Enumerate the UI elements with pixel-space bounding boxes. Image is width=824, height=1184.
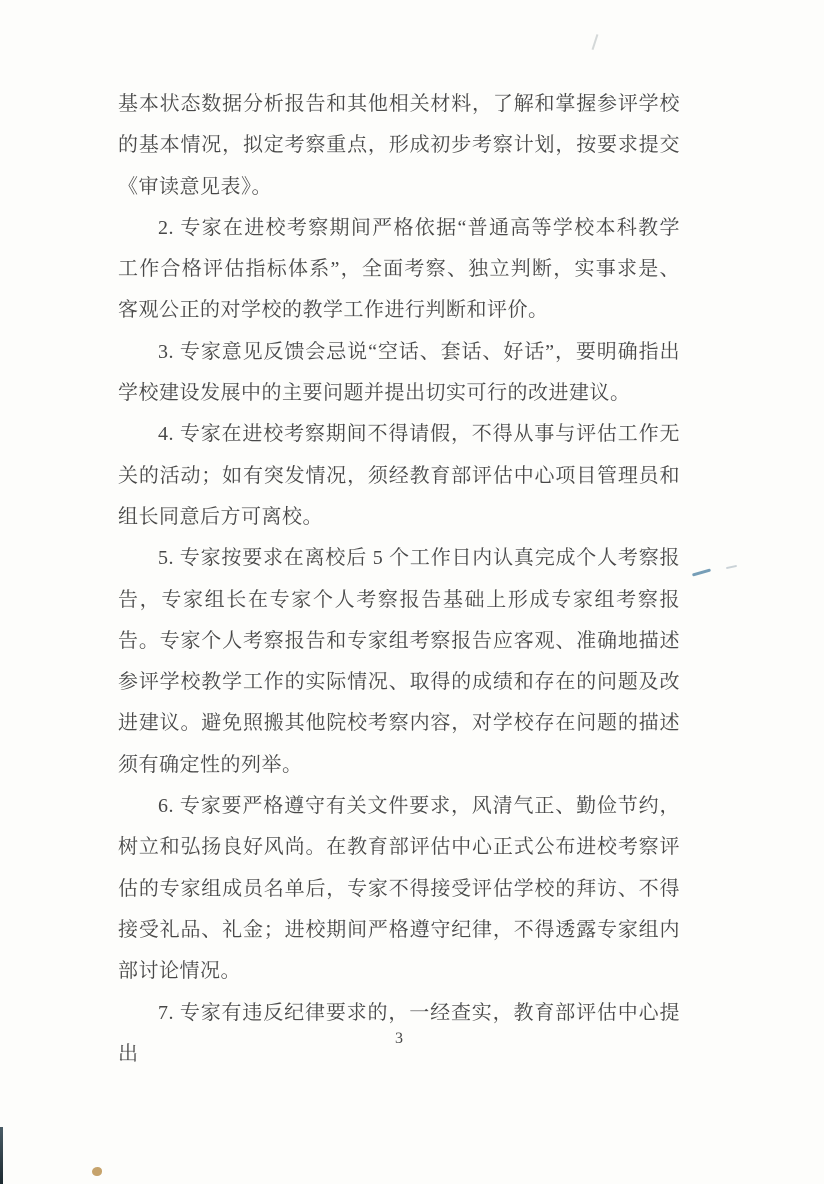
document-page: 基本状态数据分析报告和其他相关材料，了解和掌握参评学校的基本情况，拟定考察重点，…: [0, 0, 824, 1184]
scratch-artifact: [592, 34, 598, 50]
pen-mark-faint-artifact: [726, 565, 737, 569]
pen-mark-artifact: [692, 568, 711, 576]
paragraph-5: 5. 专家按要求在离校后 5 个工作日内认真完成个人考察报告，专家组长在专家个人…: [118, 538, 680, 786]
paragraph-3: 3. 专家意见反馈会忌说“空话、套话、好话”，要明确指出学校建设发展中的主要问题…: [118, 332, 680, 415]
page-number: 3: [118, 1030, 680, 1048]
document-body: 基本状态数据分析报告和其他相关材料，了解和掌握参评学校的基本情况，拟定考察重点，…: [118, 84, 680, 1075]
paragraph-6: 6. 专家要严格遵守有关文件要求，风清气正、勤俭节约，树立和弘扬良好风尚。在教育…: [118, 786, 680, 992]
paragraph-1-continuation: 基本状态数据分析报告和其他相关材料，了解和掌握参评学校的基本情况，拟定考察重点，…: [118, 84, 680, 208]
stain-dot-artifact: [92, 1167, 102, 1176]
paragraph-2: 2. 专家在进校考察期间严格依据“普通高等学校本科教学工作合格评估指标体系”，全…: [118, 208, 680, 332]
scan-edge-artifact: [0, 1127, 3, 1184]
paragraph-4: 4. 专家在进校考察期间不得请假，不得从事与评估工作无关的活动；如有突发情况，须…: [118, 414, 680, 538]
